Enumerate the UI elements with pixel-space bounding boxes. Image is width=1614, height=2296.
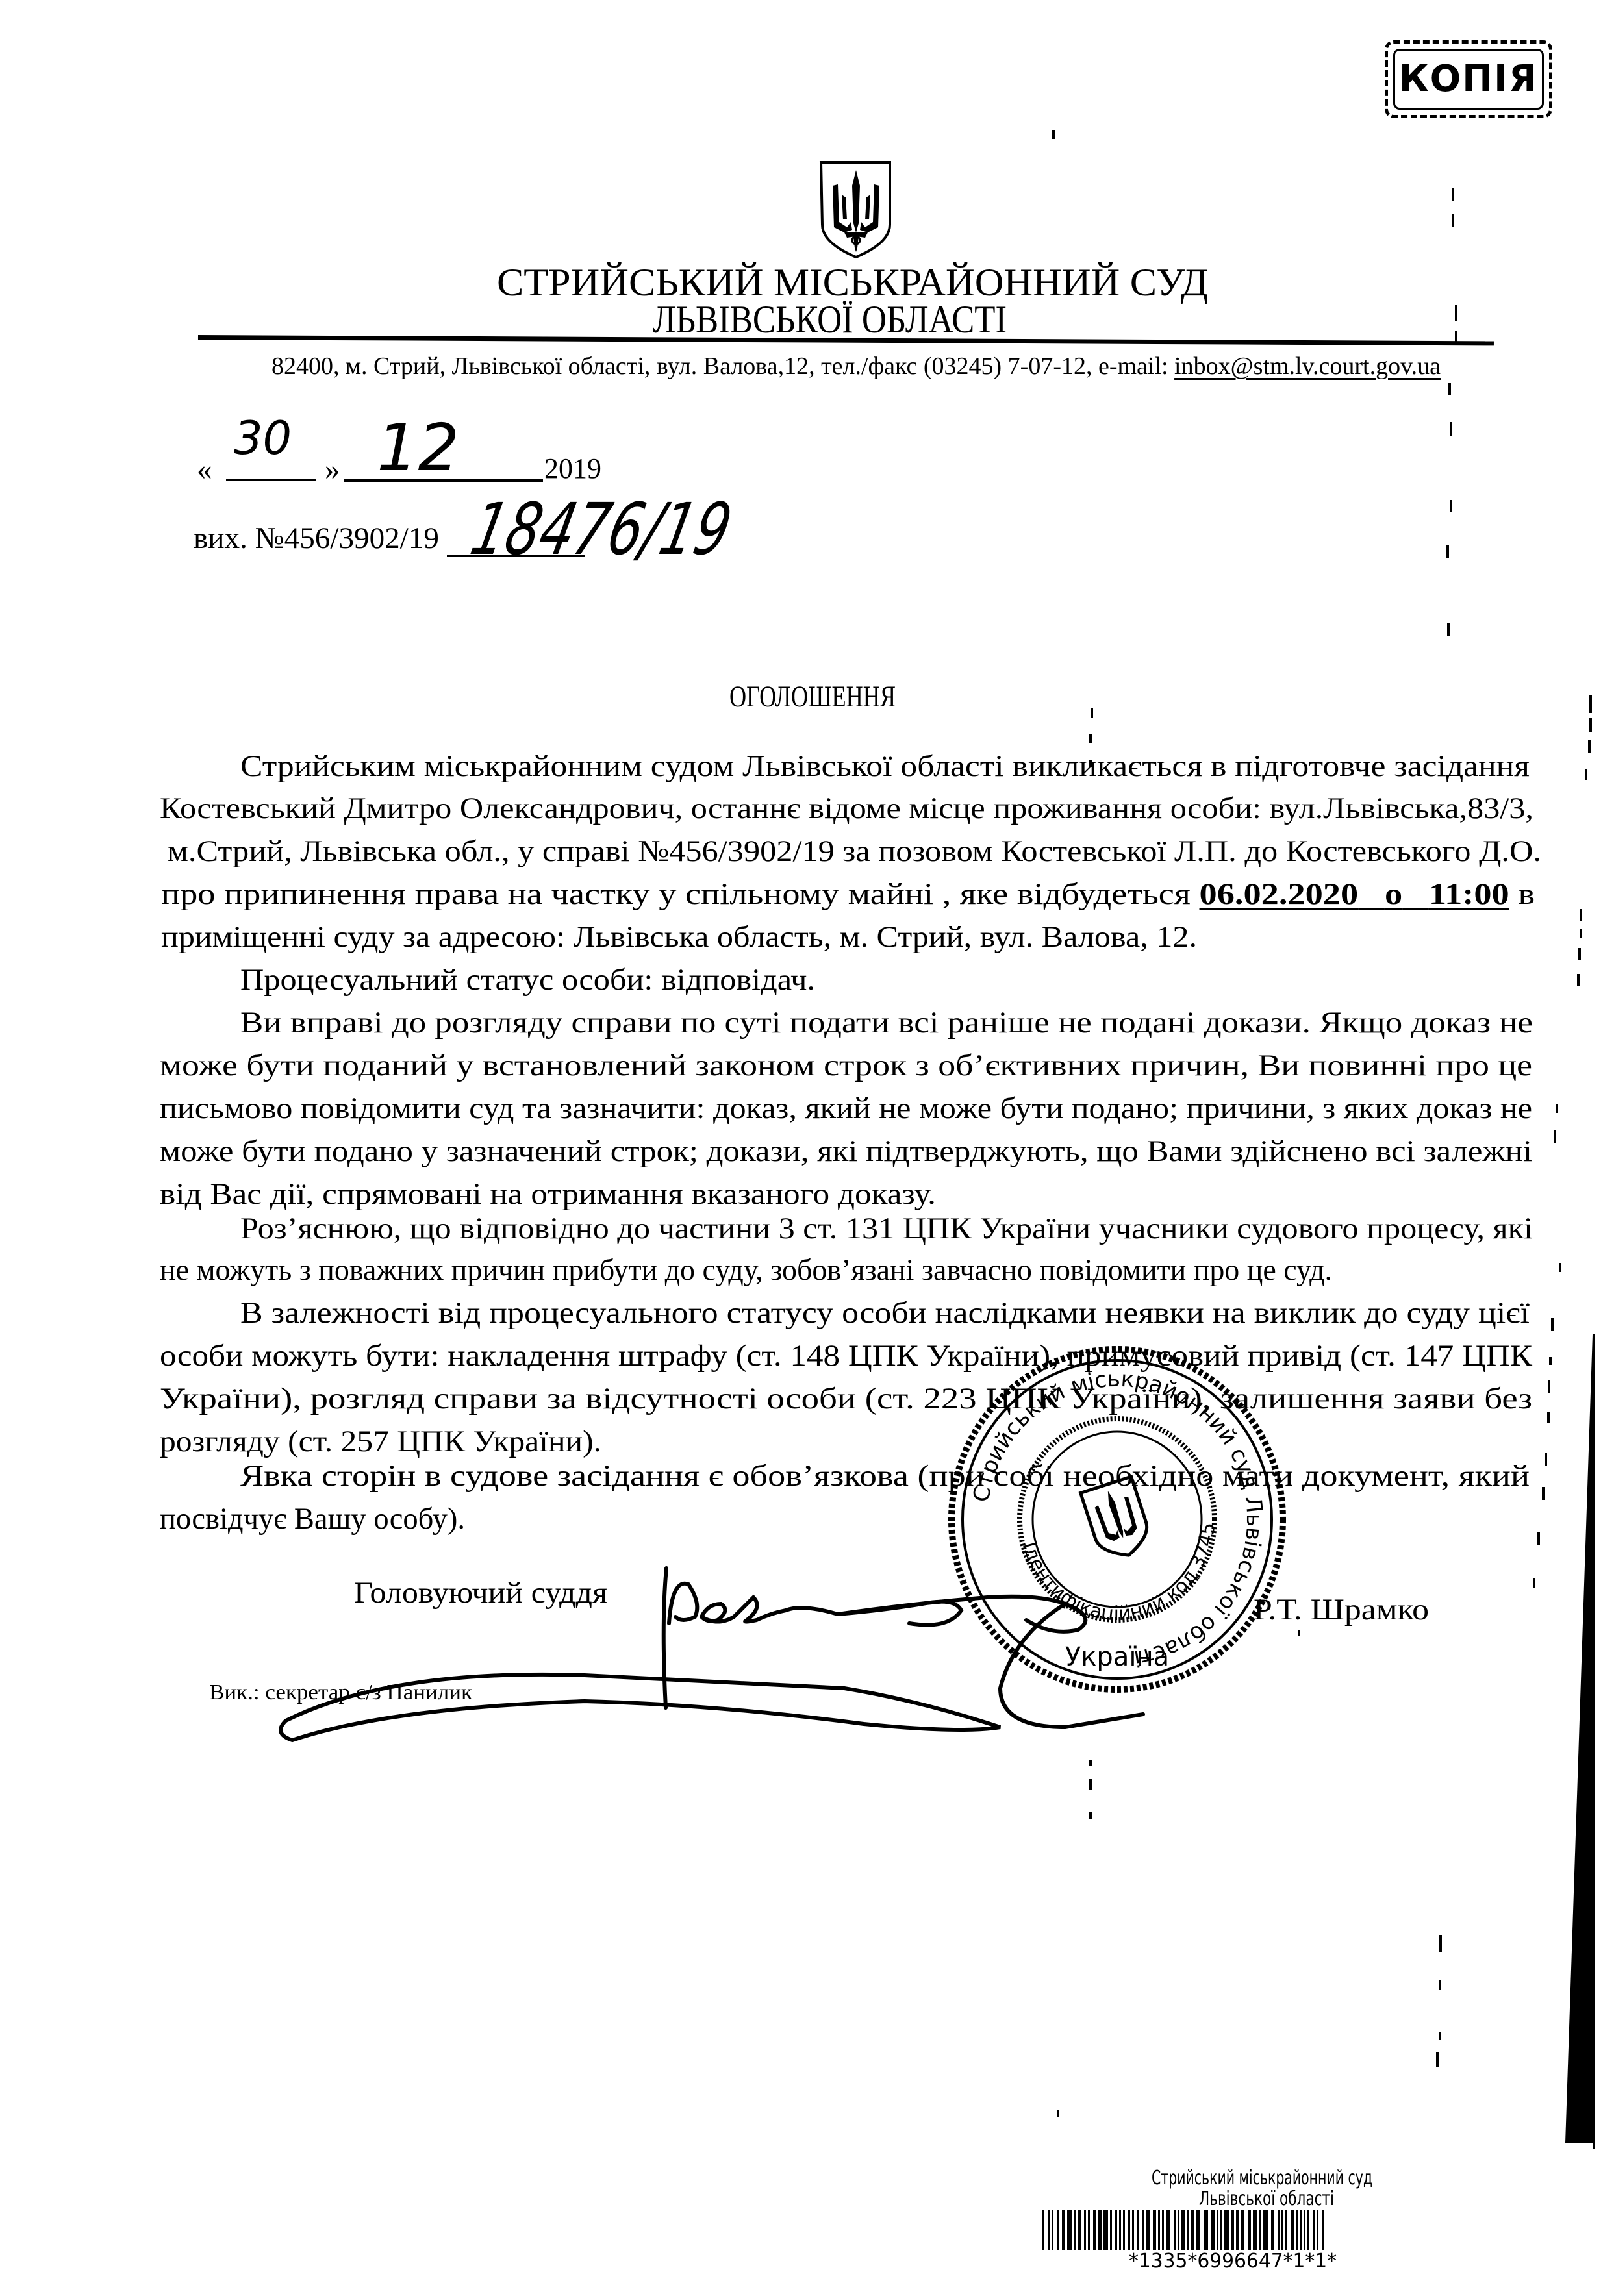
scan-speck <box>1556 1104 1558 1113</box>
scan-speck <box>1554 1130 1556 1143</box>
scan-speck <box>1580 929 1582 938</box>
scan-speck <box>1450 422 1452 436</box>
scan-speck <box>1589 695 1592 713</box>
scan-speck <box>1089 734 1092 743</box>
scan-speck <box>1548 1380 1550 1393</box>
scan-speck <box>1452 188 1454 201</box>
scan-speck <box>1057 2110 1059 2117</box>
scan-speck <box>1052 130 1055 139</box>
scan-speck <box>1585 769 1587 780</box>
scan-speck <box>1577 974 1580 986</box>
scan-speck <box>1436 2052 1439 2067</box>
scan-speck <box>1089 1760 1092 1766</box>
scan-speck <box>1588 740 1591 753</box>
scan-speck <box>1559 1263 1561 1272</box>
scan-speck <box>1542 1487 1545 1500</box>
scan-speck <box>1447 623 1450 636</box>
scan-speck <box>1446 545 1449 558</box>
scan-speck <box>1091 708 1093 718</box>
scan-speck <box>1448 383 1451 395</box>
scan-edge-shadow <box>0 0 1614 2296</box>
scan-speck <box>1578 948 1581 960</box>
scan-speck <box>1580 909 1582 921</box>
scan-speck <box>1298 1630 1300 1636</box>
scan-speck <box>1439 2032 1441 2040</box>
scan-speck <box>1455 305 1457 321</box>
scan-speck <box>1455 331 1457 342</box>
scan-speck <box>1089 760 1092 767</box>
scan-speck <box>1589 717 1592 732</box>
scan-speck <box>1439 1935 1442 1952</box>
scan-speck <box>1547 1412 1550 1423</box>
scan-speck <box>1089 1779 1092 1790</box>
scan-speck <box>1450 500 1452 512</box>
scan-speck <box>1549 1357 1552 1365</box>
scan-speck <box>1439 1980 1441 1990</box>
scan-speck <box>1452 214 1454 227</box>
scan-speck <box>1533 1578 1535 1588</box>
scan-speck <box>1551 1318 1554 1331</box>
scan-speck <box>1089 1812 1092 1819</box>
scan-speck <box>1537 1532 1540 1545</box>
scan-speck <box>1545 1453 1547 1466</box>
